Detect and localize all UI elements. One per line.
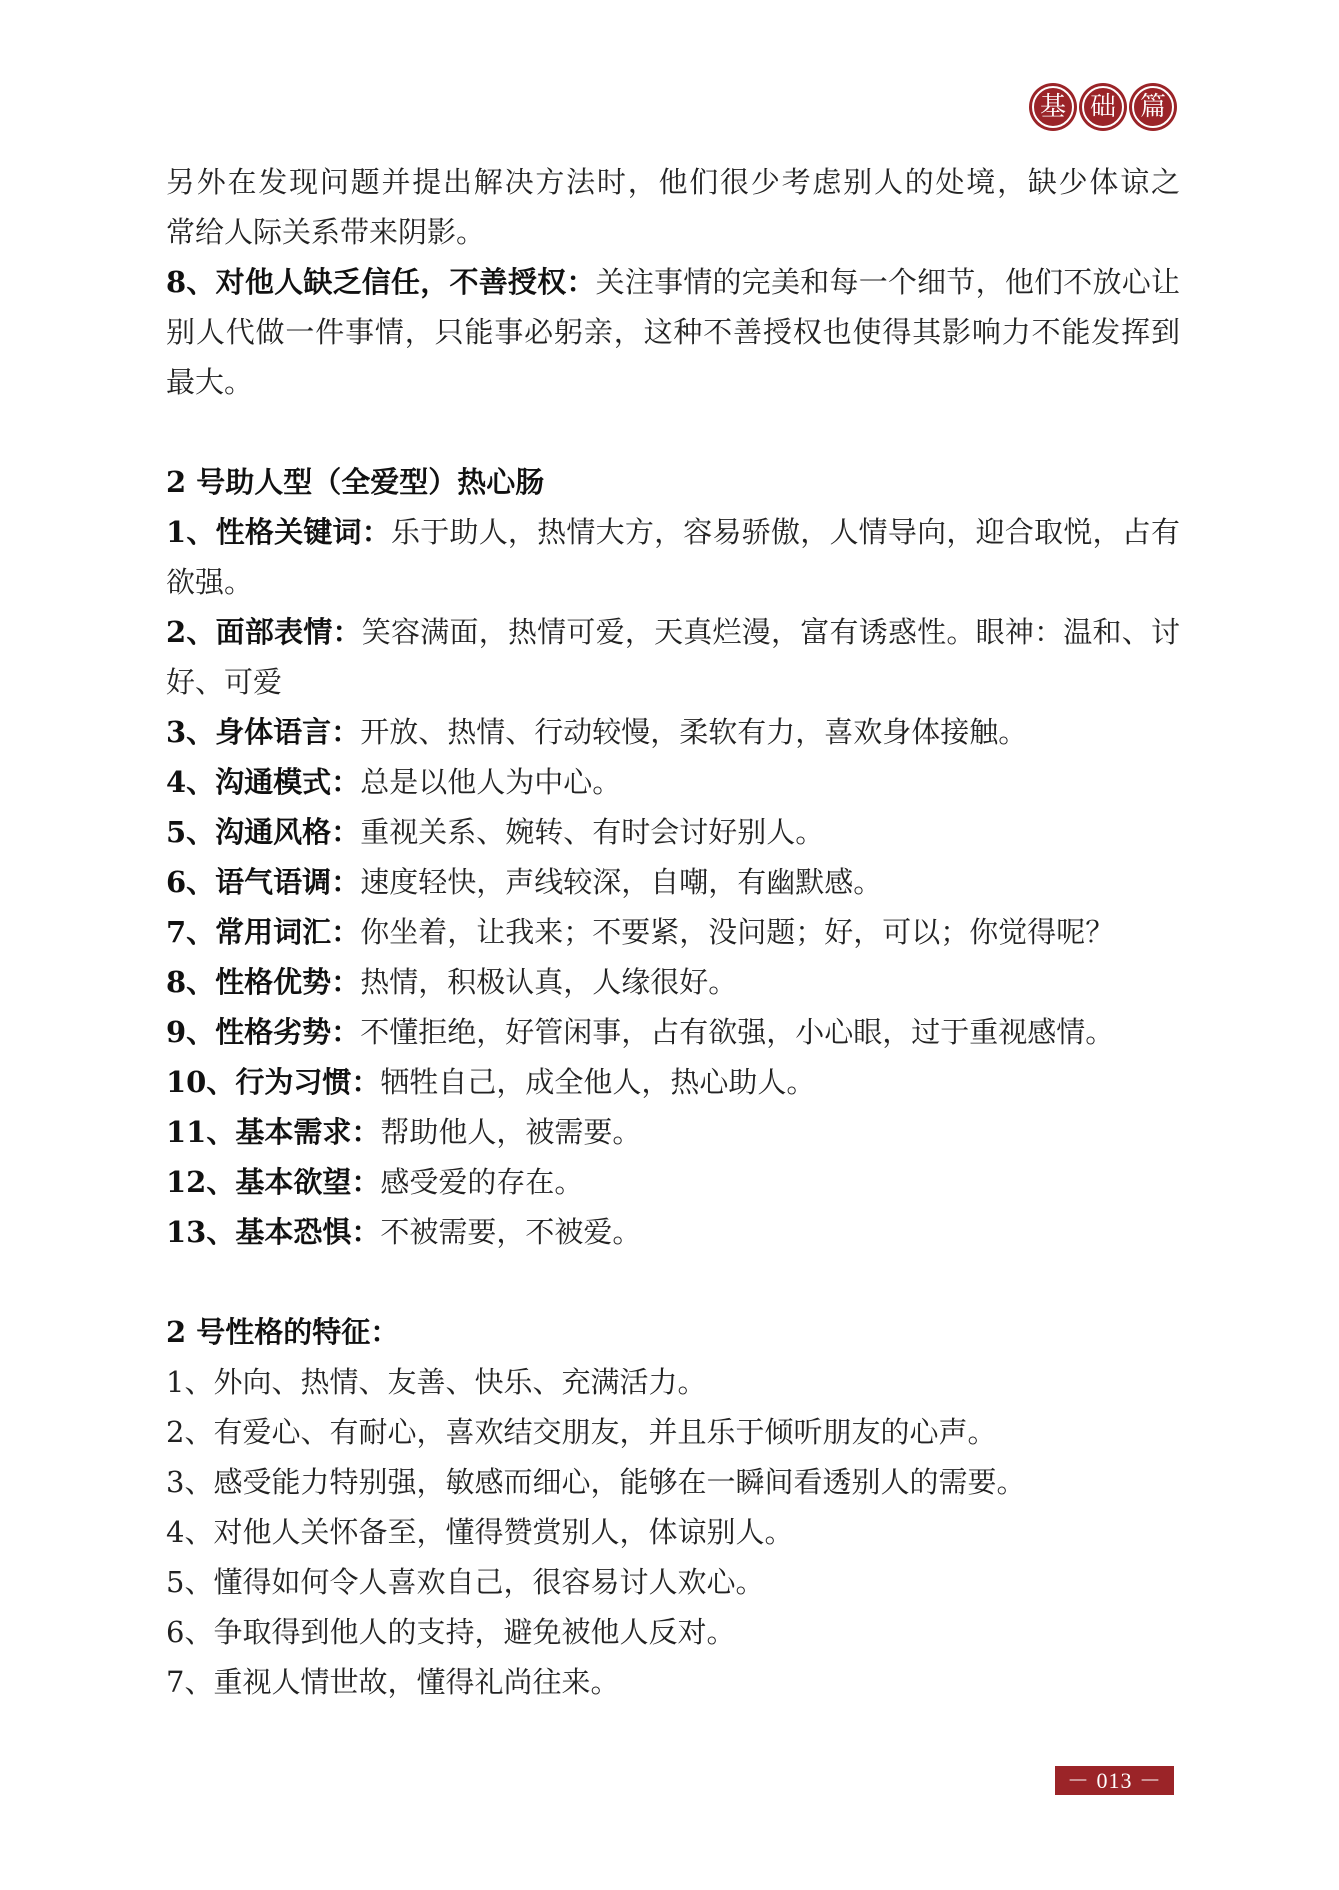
item-text: 不被需要，不被爱。 <box>380 1215 641 1249</box>
item-label: 8、对他人缺乏信任，不善授权： <box>166 265 596 299</box>
item-line: 别人代做一件事情，只能事必躬亲，这种不善授权也使得其影响力不能发挥到 <box>166 307 1180 357</box>
item-label: 5、沟通风格： <box>166 815 360 849</box>
trait-item: 3、感受能力特别强，敏感而细心，能够在一瞬间看透别人的需要。 <box>166 1457 1180 1507</box>
item-label: 10、行为习惯： <box>166 1065 380 1099</box>
item-text: 速度轻快，声线较深，自嘲，有幽默感。 <box>360 865 882 899</box>
item-line: 5、沟通风格：重视关系、婉转、有时会讨好别人。 <box>166 807 1180 857</box>
item-line: 好、可爱 <box>166 657 1180 707</box>
item-label: 12、基本欲望： <box>166 1165 380 1199</box>
item-text: 帮助他人，被需要。 <box>380 1115 641 1149</box>
item-text: 开放、热情、行动较慢，柔软有力，喜欢身体接触。 <box>360 715 1027 749</box>
item-line: 6、语气语调：速度轻快，声线较深，自嘲，有幽默感。 <box>166 857 1180 907</box>
item-text: 总是以他人为中心。 <box>360 765 621 799</box>
item-label: 3、身体语言： <box>166 715 360 749</box>
badge-circle: 础 <box>1079 83 1127 131</box>
item-text: 不懂拒绝，好管闲事，占有欲强，小心眼，过于重视感情。 <box>360 1015 1114 1049</box>
item-line: 9、性格劣势：不懂拒绝，好管闲事，占有欲强，小心眼，过于重视感情。 <box>166 1007 1180 1057</box>
trait-item: 7、重视人情世故，懂得礼尚往来。 <box>166 1657 1180 1707</box>
badge-char: 基 <box>1040 94 1066 120</box>
badge-circle: 基 <box>1029 83 1077 131</box>
item-text: 你坐着，让我来；不要紧，没问题；好，可以；你觉得呢？ <box>360 915 1114 949</box>
page-number: － 013 － <box>1055 1766 1174 1795</box>
item-text: 牺牲自己，成全他人，热心助人。 <box>380 1065 815 1099</box>
trait-item: 6、争取得到他人的支持，避免被他人反对。 <box>166 1607 1180 1657</box>
item-text: 乐于助人，热情大方，容易骄傲，人情导向，迎合取悦，占有 <box>391 515 1180 549</box>
spacer <box>166 1257 1180 1307</box>
item-line: 7、常用词汇：你坐着，让我来；不要紧，没问题；好，可以；你觉得呢？ <box>166 907 1180 957</box>
item-line: 2、面部表情：笑容满面，热情可爱，天真烂漫，富有诱惑性。眼神：温和、讨 <box>166 607 1180 657</box>
item-line: 13、基本恐惧：不被需要，不被爱。 <box>166 1207 1180 1257</box>
item-label: 7、常用词汇： <box>166 915 360 949</box>
trait-item: 1、外向、热情、友善、快乐、充满活力。 <box>166 1357 1180 1407</box>
badge-char: 篇 <box>1140 94 1166 120</box>
item-text: 关注事情的完美和每一个细节，他们不放心让 <box>596 265 1180 299</box>
item-line: 10、行为习惯：牺牲自己，成全他人，热心助人。 <box>166 1057 1180 1107</box>
item-text: 感受爱的存在。 <box>380 1165 583 1199</box>
item-line: 欲强。 <box>166 557 1180 607</box>
item-line: 11、基本需求：帮助他人，被需要。 <box>166 1107 1180 1157</box>
trait-item: 5、懂得如何令人喜欢自己，很容易讨人欢心。 <box>166 1557 1180 1607</box>
item-line: 4、沟通模式：总是以他人为中心。 <box>166 757 1180 807</box>
item-text: 重视关系、婉转、有时会讨好别人。 <box>360 815 824 849</box>
item-line: 12、基本欲望：感受爱的存在。 <box>166 1157 1180 1207</box>
item-label: 9、性格劣势： <box>166 1015 360 1049</box>
item-text: 笑容满面，热情可爱，天真烂漫，富有诱惑性。眼神：温和、讨 <box>362 615 1180 649</box>
item-text: 热情，积极认真，人缘很好。 <box>360 965 737 999</box>
item-label: 11、基本需求： <box>166 1115 380 1149</box>
paragraph-line: 另外在发现问题并提出解决方法时，他们很少考虑别人的处境，缺少体谅之心， <box>166 157 1180 207</box>
badge-char: 础 <box>1090 94 1116 120</box>
section-heading: 2 号助人型（全爱型）热心肠 <box>166 457 1180 507</box>
item-label: 1、性格关键词： <box>166 515 391 549</box>
trait-item: 4、对他人关怀备至，懂得赞赏别人，体谅别人。 <box>166 1507 1180 1557</box>
item-label: 6、语气语调： <box>166 865 360 899</box>
item-line: 3、身体语言：开放、热情、行动较慢，柔软有力，喜欢身体接触。 <box>166 707 1180 757</box>
spacer <box>166 407 1180 457</box>
section-heading: 2 号性格的特征： <box>166 1307 1180 1357</box>
item-line: 8、对他人缺乏信任，不善授权：关注事情的完美和每一个细节，他们不放心让 <box>166 257 1180 307</box>
paragraph-line: 常给人际关系带来阴影。 <box>166 207 1180 257</box>
page-body: 另外在发现问题并提出解决方法时，他们很少考虑别人的处境，缺少体谅之心， 常给人际… <box>166 157 1180 1707</box>
badge-circle: 篇 <box>1129 83 1177 131</box>
item-line: 1、性格关键词：乐于助人，热情大方，容易骄傲，人情导向，迎合取悦，占有 <box>166 507 1180 557</box>
section-badges: 基 础 篇 <box>1029 83 1177 131</box>
trait-item: 2、有爱心、有耐心，喜欢结交朋友，并且乐于倾听朋友的心声。 <box>166 1407 1180 1457</box>
item-label: 4、沟通模式： <box>166 765 360 799</box>
item-line: 8、性格优势：热情，积极认真，人缘很好。 <box>166 957 1180 1007</box>
item-label: 2、面部表情： <box>166 615 362 649</box>
item-label: 13、基本恐惧： <box>166 1215 380 1249</box>
item-label: 8、性格优势： <box>166 965 360 999</box>
item-line: 最大。 <box>166 357 1180 407</box>
